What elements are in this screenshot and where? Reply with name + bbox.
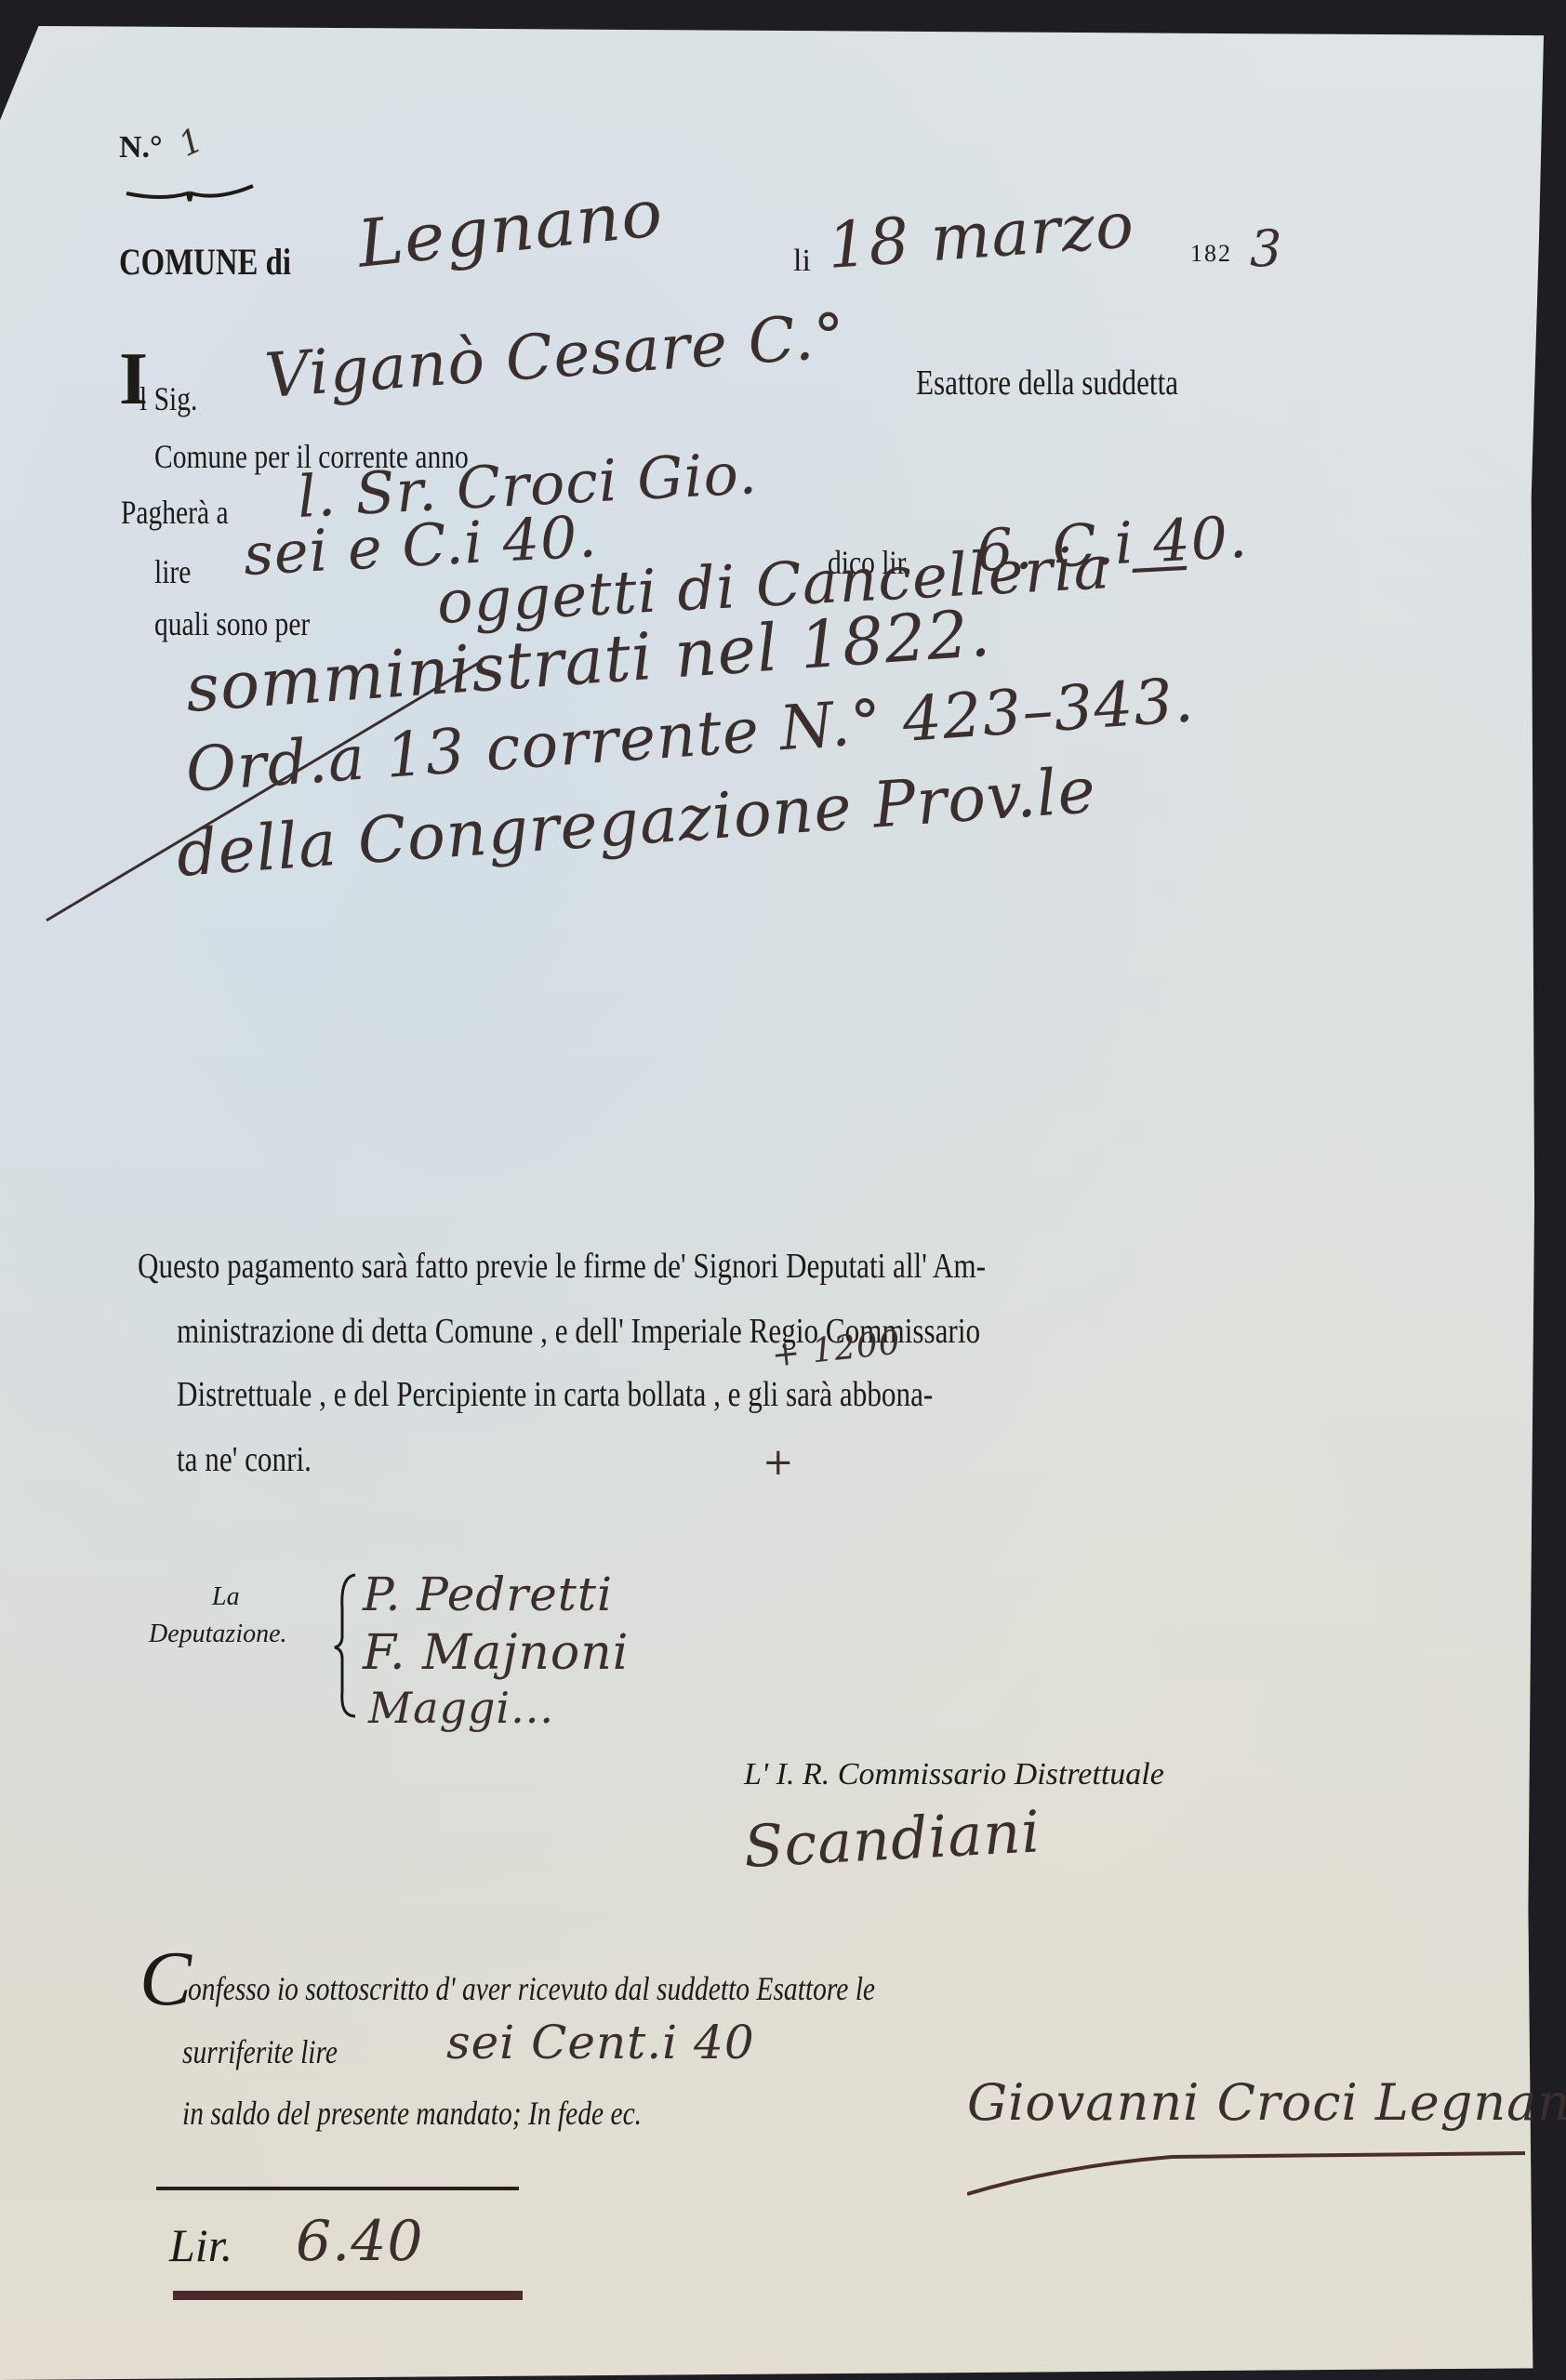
total-value: 6.40 (296, 2209, 424, 2274)
receipt-line-2-value: sei Cent.i 40 (446, 2016, 755, 2069)
commissario-title: L' I. R. Commissario Distrettuale (744, 1757, 1164, 1792)
total-top-rule (156, 2187, 519, 2190)
deputazione-brace (333, 1571, 361, 1720)
deputazione-signature-1: P. Pedretti (363, 1567, 613, 1621)
receipt-signature: Giovanni Croci Legnano (967, 2073, 1566, 2132)
esattore-label: Esattore della suddetta (916, 363, 1178, 403)
purpose-slash-stroke (37, 651, 502, 930)
comune-label: COMUNE di (119, 240, 291, 284)
receipt-line-2-label: surriferite lire (182, 2032, 338, 2071)
quali-label: quali sono per (154, 604, 310, 643)
year-printed: 182 (1190, 240, 1232, 268)
receipt-line-1: onfesso io sottoscritto d' aver ricevuto… (188, 1969, 875, 2008)
sig-label: l Sig. (139, 379, 197, 418)
conditions-line-1: Questo pagamento sarà fatto previe le fi… (138, 1246, 986, 1287)
receipt-line-3: in saldo del presente mandato; In fede e… (182, 2094, 642, 2133)
total-label: Lir. (169, 2218, 232, 2272)
total-bottom-rule (173, 2291, 523, 2300)
conditions-mark: + (763, 1441, 795, 1484)
receipt-signature-flourish (967, 2138, 1525, 2213)
number-underline-brace (125, 182, 255, 205)
paghera-label: Pagherà a (121, 493, 229, 532)
date-prefix: li (793, 244, 811, 279)
deputazione-label-1: La (212, 1582, 240, 1612)
conditions-line-4: ta ne' conri. (177, 1439, 312, 1480)
deputazione-label-2: Deputazione. (149, 1620, 287, 1649)
document-paper (0, 26, 1544, 2380)
year-written: 3 (1250, 219, 1282, 278)
lire-label: lire (154, 552, 191, 591)
deputazione-signature-2: F. Majnoni (363, 1625, 629, 1681)
conditions-line-3: Distrettuale , e del Percipiente in cart… (177, 1374, 933, 1415)
receipt-initial: C (139, 1934, 192, 2024)
deputazione-signature-3: Maggi... (368, 1683, 554, 1733)
number-label: N.° (119, 130, 163, 165)
